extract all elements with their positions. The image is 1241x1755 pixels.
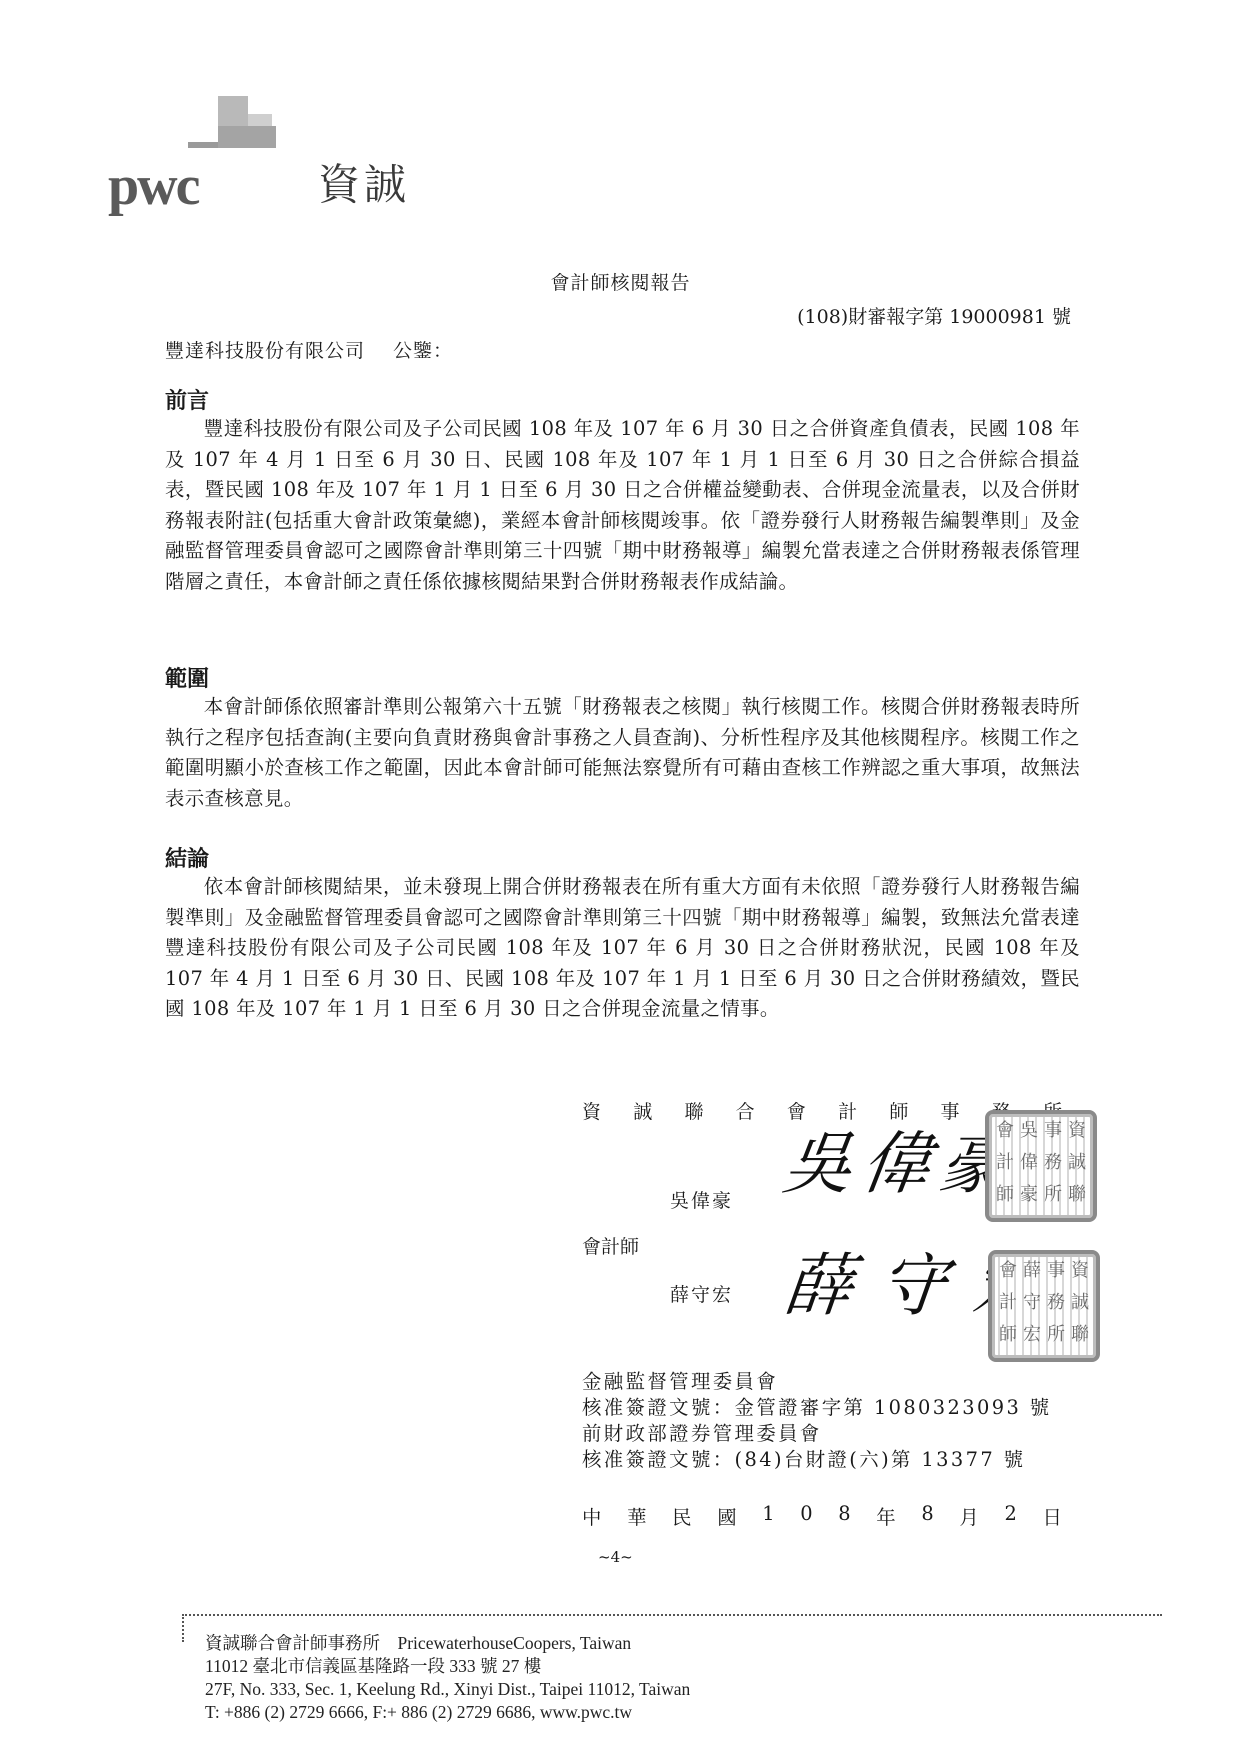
accountant-name-2: 薛守宏 bbox=[670, 1280, 733, 1307]
date-char: 華 bbox=[627, 1502, 646, 1530]
section-heading-preface: 前言 bbox=[165, 384, 209, 415]
footer-contact: T: +886 (2) 2729 6666, F:+ 886 (2) 2729 … bbox=[205, 1701, 690, 1724]
company-seal-1: 會 吳 事 資 計 偉 務 誠 師 豪 所 聯 bbox=[985, 1110, 1097, 1222]
footer-divider-corner bbox=[182, 1614, 184, 1642]
seal-char: 師 bbox=[996, 1322, 1020, 1354]
firm-char: 資 bbox=[582, 1097, 601, 1124]
seal-char: 所 bbox=[1041, 1182, 1065, 1214]
section-body-scope: 本會計師係依照審計準則公報第六十五號「財務報表之核閱」執行核閱工作。核閱合併財務… bbox=[165, 692, 1080, 814]
section-heading-conclusion: 結論 bbox=[165, 842, 209, 873]
date-char: 月 bbox=[959, 1502, 978, 1530]
seal-char: 薛 bbox=[1020, 1258, 1044, 1290]
seal-char: 會 bbox=[993, 1118, 1017, 1150]
seal-char: 宏 bbox=[1020, 1322, 1044, 1354]
pwc-logo-blocks bbox=[188, 96, 278, 156]
seal-char: 務 bbox=[1041, 1150, 1065, 1182]
footer-address: 資誠聯合會計師事務所 PricewaterhouseCoopers, Taiwa… bbox=[205, 1632, 690, 1724]
seal-char: 事 bbox=[1041, 1118, 1065, 1150]
approval-number-fsc: 核准簽證文號：金管證審字第 1080323093 號 bbox=[582, 1392, 1052, 1420]
former-regulator-name: 前財政部證券管理委員會 bbox=[582, 1418, 822, 1446]
reference-number: (108)財審報字第 19000981 號 bbox=[797, 302, 1071, 329]
firm-char: 聯 bbox=[684, 1097, 703, 1124]
salutation: 公鑒： bbox=[393, 340, 453, 362]
seal-char: 誠 bbox=[1068, 1290, 1092, 1322]
seal-char: 誠 bbox=[1065, 1150, 1089, 1182]
date-char: 中 bbox=[582, 1502, 601, 1530]
footer-firm-name: 資誠聯合會計師事務所 PricewaterhouseCoopers, Taiwa… bbox=[205, 1632, 690, 1655]
date-char: 年 bbox=[876, 1502, 895, 1530]
seal-char: 所 bbox=[1044, 1322, 1068, 1354]
firm-char: 合 bbox=[736, 1097, 755, 1124]
report-date: 中 華 民 國 1 0 8 年 8 月 2 日 bbox=[582, 1502, 1062, 1530]
regulator-name: 金融監督管理委員會 bbox=[582, 1366, 778, 1394]
company-seal-2: 會 薛 事 資 計 守 務 誠 師 宏 所 聯 bbox=[988, 1250, 1100, 1362]
seal-char: 務 bbox=[1044, 1290, 1068, 1322]
seal-char: 計 bbox=[996, 1290, 1020, 1322]
page-number: ~4~ bbox=[598, 1548, 633, 1566]
seal-char: 資 bbox=[1065, 1118, 1089, 1150]
date-char: 2 bbox=[1004, 1502, 1016, 1530]
date-char: 國 bbox=[717, 1502, 736, 1530]
seal-char: 聯 bbox=[1065, 1182, 1089, 1214]
seal-char: 守 bbox=[1020, 1290, 1044, 1322]
report-title: 會計師核閱報告 bbox=[0, 268, 1241, 295]
footer-address-chinese: 11012 臺北市信義區基隆路一段 333 號 27 樓 bbox=[205, 1655, 690, 1678]
seal-char: 資 bbox=[1068, 1258, 1092, 1290]
date-char: 0 bbox=[800, 1502, 812, 1530]
date-char: 8 bbox=[838, 1502, 850, 1530]
seal-char: 師 bbox=[993, 1182, 1017, 1214]
firm-chinese-logo: 資誠 bbox=[318, 164, 410, 206]
cpa-label: 會計師 bbox=[582, 1232, 639, 1259]
addressee-company: 豐達科技股份有限公司 bbox=[165, 340, 365, 362]
section-heading-scope: 範圍 bbox=[165, 662, 209, 693]
seal-char: 事 bbox=[1044, 1258, 1068, 1290]
seal-char: 偉 bbox=[1017, 1150, 1041, 1182]
addressee: 豐達科技股份有限公司公鑒： bbox=[165, 336, 453, 363]
approval-number-sfc: 核准簽證文號：(84)台財證(六)第 13377 號 bbox=[582, 1444, 1025, 1472]
date-char: 1 bbox=[762, 1502, 774, 1530]
seal-char: 豪 bbox=[1017, 1182, 1041, 1214]
seal-char: 會 bbox=[996, 1258, 1020, 1290]
accountant-name-1: 吳偉豪 bbox=[670, 1186, 733, 1213]
firm-char: 誠 bbox=[633, 1097, 652, 1124]
date-char: 日 bbox=[1042, 1502, 1061, 1530]
seal-char: 聯 bbox=[1068, 1322, 1092, 1354]
pwc-logo-text: pwc bbox=[108, 158, 198, 214]
footer-divider bbox=[182, 1614, 1162, 1616]
seal-char: 計 bbox=[993, 1150, 1017, 1182]
seal-char: 吳 bbox=[1017, 1118, 1041, 1150]
section-body-conclusion: 依本會計師核閱結果，並未發現上開合併財務報表在所有重大方面有未依照「證券發行人財… bbox=[165, 872, 1080, 1025]
date-char: 8 bbox=[921, 1502, 933, 1530]
footer-address-english: 27F, No. 333, Sec. 1, Keelung Rd., Xinyi… bbox=[205, 1678, 690, 1701]
section-body-preface: 豐達科技股份有限公司及子公司民國 108 年及 107 年 6 月 30 日之合… bbox=[165, 414, 1080, 597]
date-char: 民 bbox=[672, 1502, 691, 1530]
